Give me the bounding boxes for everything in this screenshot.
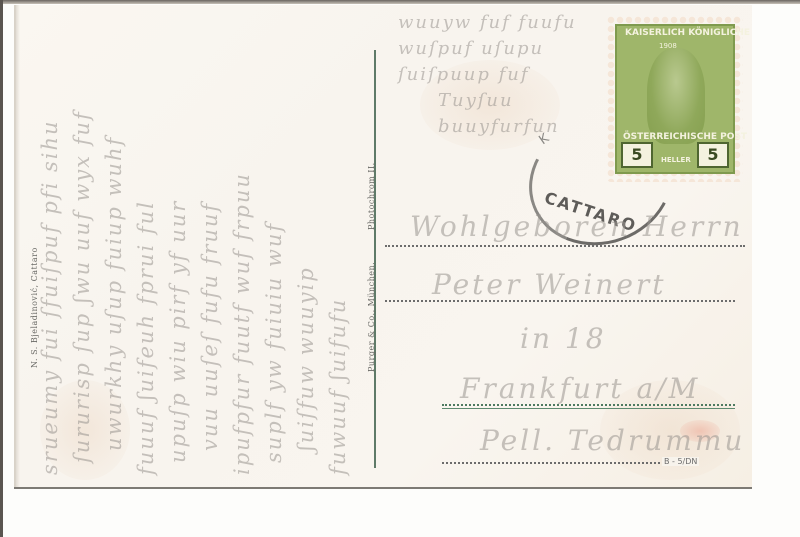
stamp-inscription-top: KAISERLICH KÖNIGLICHE xyxy=(625,28,750,38)
note-line: wuuyw fuf fuufu xyxy=(398,12,577,33)
address-line-1 xyxy=(385,245,745,247)
note-line: Tuyſuu xyxy=(438,90,514,111)
postcard-edge-shadow xyxy=(14,5,20,487)
stamp-value-right: 5 xyxy=(697,142,729,168)
note-line: wuſpuf uſupu xyxy=(398,38,544,59)
note-line: ſuiſpuup fuf xyxy=(398,64,530,85)
message-line: fuuuf ʃuifeuh fprui ful xyxy=(134,200,158,475)
process-credit: Photochrom II. xyxy=(367,162,376,230)
center-divider xyxy=(374,50,376,468)
message-line: fuwuuf ʃuifufu xyxy=(326,298,350,475)
address-text: Pell. Tedrummu xyxy=(480,424,745,457)
message-line: vuu uuſeſ fufu fruuf xyxy=(198,202,222,451)
address-text: Wohlgeboren Herrn xyxy=(410,210,744,243)
scan-left-edge xyxy=(0,0,3,537)
message-line: uwurkhy uſup fuiup wuhf xyxy=(102,136,126,451)
message-line: ſururisp ſup ʃwu uuf wyx fuf xyxy=(70,110,94,463)
printer-credit: Purger & Co., München. xyxy=(367,262,376,372)
stamp-year: 1908 xyxy=(659,42,677,50)
address-text: Frankfurt a/M xyxy=(460,372,700,405)
address-line-4 xyxy=(442,462,660,464)
emperor-portrait-icon xyxy=(647,48,705,144)
message-line: ipufpfur fuutf wuf frpuu xyxy=(230,172,254,475)
scan-top-edge xyxy=(0,0,800,4)
address-text: in 18 xyxy=(520,322,607,355)
message-line: suplf yw fuiuiu wuf xyxy=(262,222,286,463)
message-line: ʃuiſfuw wuuyip xyxy=(294,266,318,451)
message-line: srueumy fui ſfuiſpuf pfi sihu xyxy=(38,119,62,475)
message-line: upuſp wiu pirf yf uur xyxy=(166,200,190,463)
printer-mark: B - 5/DN xyxy=(662,457,699,466)
address-text: Peter Weinert xyxy=(432,268,667,301)
